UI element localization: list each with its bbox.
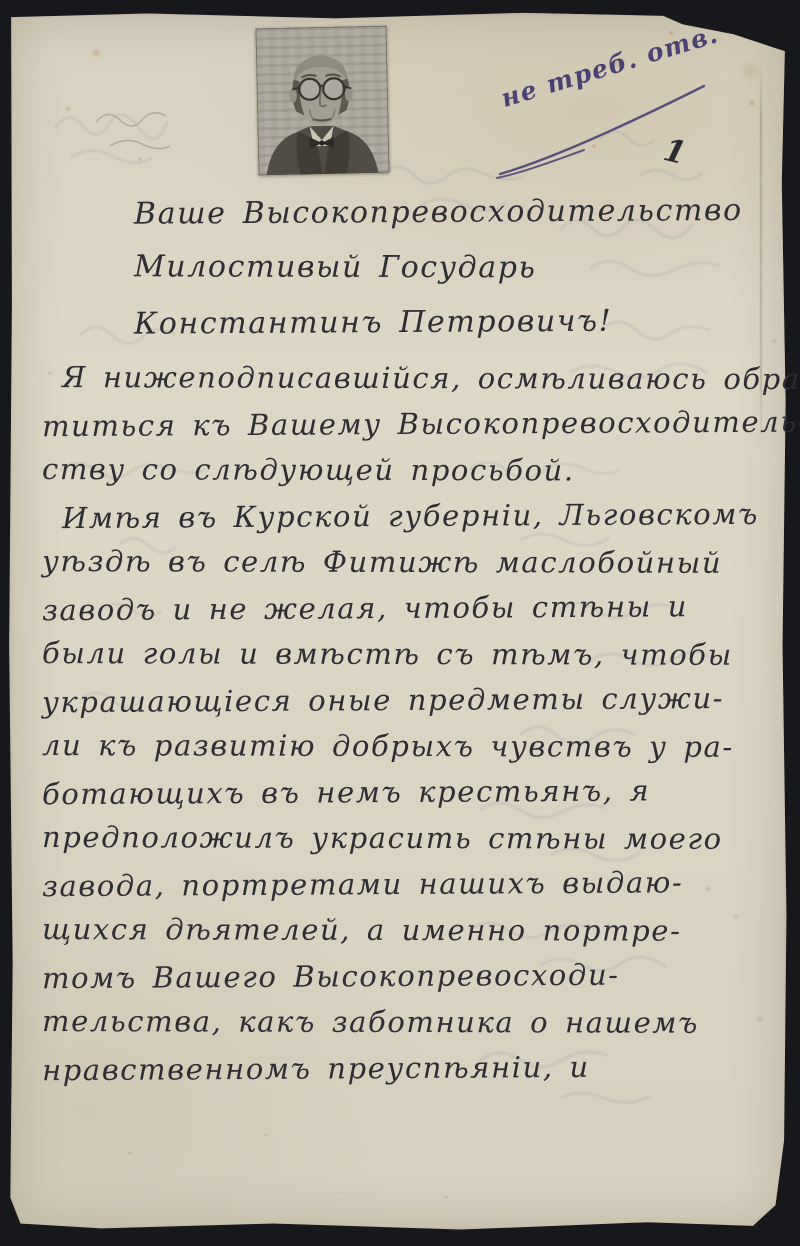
handwritten-line: завода, портретами нашихъ выдаю-	[42, 865, 764, 903]
handwritten-line: заводъ и не желая, чтобы стѣны и	[42, 589, 764, 627]
handwritten-line: Я нижеподписавшійся, осмѣливаюсь обра-	[42, 360, 764, 396]
handwritten-line: Константинъ Петровичъ!	[42, 304, 764, 342]
handwritten-line: ству со слѣдующей просьбой.	[42, 452, 764, 488]
handwritten-line: были голы и вмѣстѣ съ тѣмъ, чтобы	[42, 636, 764, 672]
handwritten-line: тельства, какъ заботника о нашемъ	[42, 1004, 764, 1040]
handwritten-line: томъ Вашего Высокопревосходи-	[42, 957, 764, 995]
scanned-letter-page: { "page": { "number": "1", "archival_not…	[0, 0, 800, 1246]
handwritten-line: предположилъ украсить стѣны моего	[42, 820, 764, 856]
handwritten-line: титься къ Вашему Высокопревосходитель-	[42, 405, 764, 443]
portrait-photo	[255, 26, 389, 176]
handwritten-line: ботающихъ въ немъ крестьянъ, я	[42, 773, 764, 811]
portrait-photo-drawing	[255, 26, 389, 176]
handwritten-line: ли къ развитію добрыхъ чувствъ у ра-	[42, 728, 764, 764]
handwritten-line: украшающіеся оные предметы служи-	[42, 681, 764, 719]
handwritten-line: Имѣя въ Курской губерніи, Льговскомъ	[42, 497, 764, 535]
handwritten-line: Ваше Высокопревосходительство	[42, 194, 764, 232]
handwritten-line: нравственномъ преуспѣяніи, и	[42, 1049, 764, 1087]
handwritten-line: уѣздѣ въ селѣ Фитижѣ маслобойный	[42, 544, 764, 580]
handwritten-line: Милостивый Государь	[42, 250, 764, 286]
handwritten-line: щихся дѣятелей, а именно портре-	[42, 912, 764, 948]
letter-lines: Ваше ВысокопревосходительствоМилостивый …	[42, 196, 764, 1097]
